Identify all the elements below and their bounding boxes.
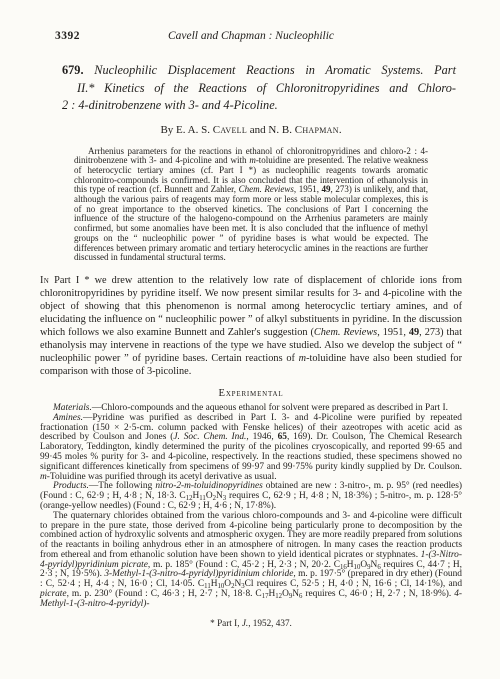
footnote: * Part I, J., 1952, 437.	[40, 618, 462, 628]
products-paragraph: Products.—The following nitro-2-m-toluid…	[40, 482, 462, 511]
journal-page: 3392 Cavell and Chapman : Nucleophilic 6…	[0, 0, 500, 679]
byline: By E. A. S. Cavell and N. B. Chapman.	[40, 124, 462, 136]
article-title: 679. Nucleophilic Displacement Reactions…	[62, 62, 456, 115]
running-head: 3392 Cavell and Chapman : Nucleophilic	[40, 30, 462, 46]
quaternary-chlorides-paragraph: The quaternary chlorides obtained from t…	[40, 512, 462, 610]
title-line-2: II.* Kinetics of the Reactions of Chloro…	[62, 80, 456, 98]
intro-paragraph: In Part I * we drew attention to the rel…	[40, 274, 462, 378]
amines-paragraph: Amines.—Pyridine was purified as describ…	[40, 414, 462, 483]
page-number: 3392	[55, 30, 80, 42]
abstract: Arrhenius parameters for the reactions i…	[74, 147, 428, 263]
title-line-1: 679. Nucleophilic Displacement Reactions…	[62, 62, 456, 80]
experimental-heading: Experimental	[40, 388, 462, 399]
title-line-3: 2 : 4-dinitrobenzene with 3- and 4-Picol…	[62, 97, 456, 115]
running-title: Cavell and Chapman : Nucleophilic	[40, 30, 462, 42]
